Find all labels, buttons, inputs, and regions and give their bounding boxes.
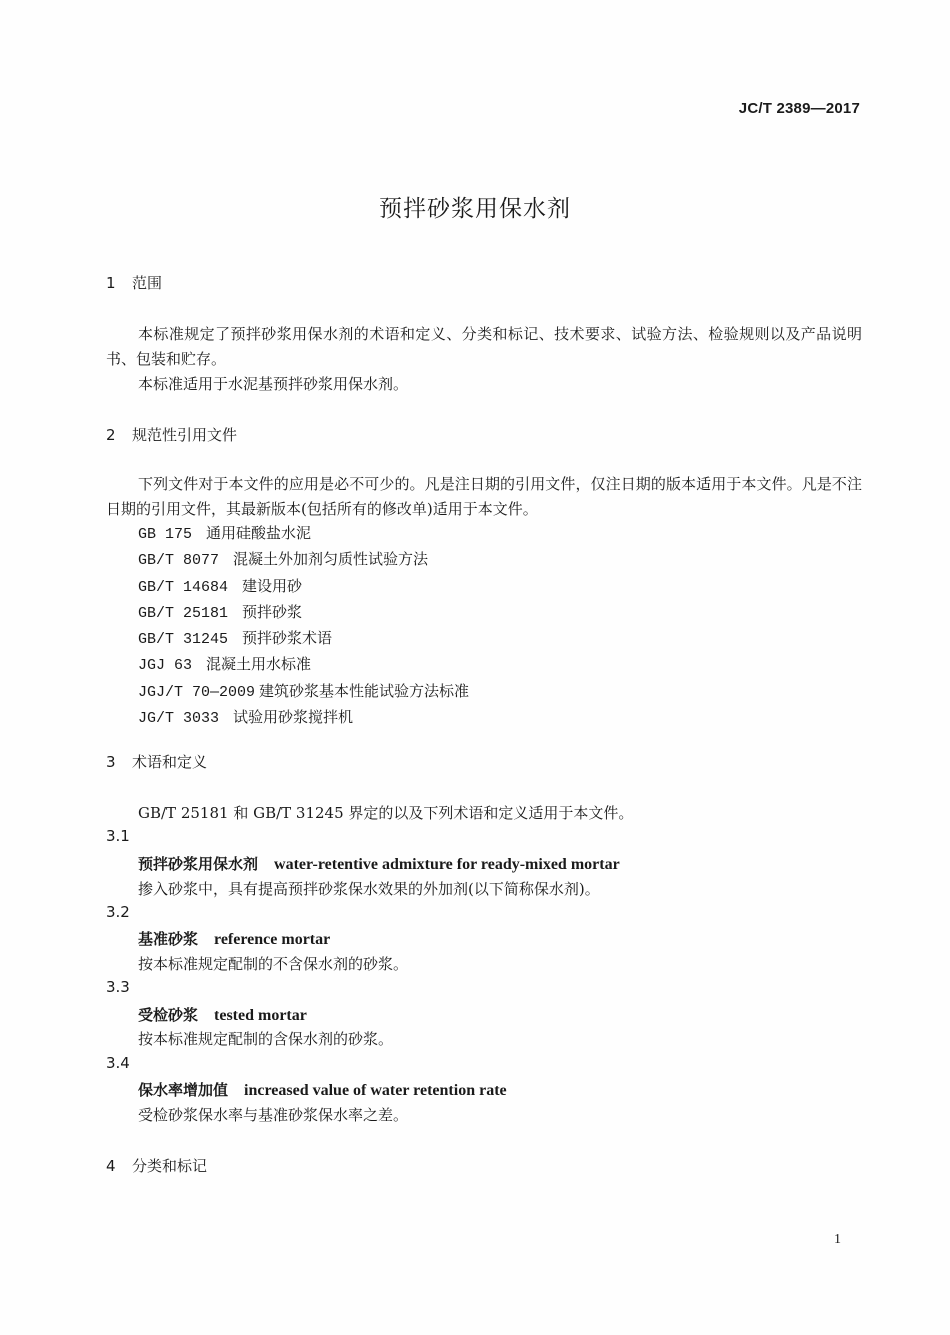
reference-code: GB/T 31245 [138,627,228,652]
section-title: 范围 [132,274,162,292]
term-chinese: 预拌砂浆用保水剂 [138,855,258,873]
term-heading: 基准砂浆reference mortar [138,928,330,949]
term-heading: 保水率增加值increased value of water retention… [138,1079,507,1100]
reference-code: GB/T 25181 [138,601,228,626]
scope-paragraph-2: 本标准适用于水泥基预拌砂浆用保水剂。 [106,372,862,397]
term-chinese: 保水率增加值 [138,1081,228,1099]
term-english: tested mortar [214,1007,307,1024]
terms-intro: GB/T 25181 和 GB/T 31245 界定的以及下列术语和定义适用于本… [138,802,633,823]
section-title: 规范性引用文件 [132,426,237,444]
reference-name: 混凝土外加剂匀质性试验方法 [233,550,428,568]
reference-name: 通用硅酸盐水泥 [206,524,311,542]
reference-name: 试验用砂浆搅拌机 [233,708,353,726]
reference-name: 预拌砂浆 [242,603,302,621]
standard-code: JC/T 2389—2017 [739,100,860,117]
term-definition: 受检砂浆保水率与基准砂浆保水率之差。 [138,1104,408,1125]
page-number: 1 [834,1232,841,1248]
section-number: 3 [106,753,132,771]
reference-name: 建设用砂 [242,577,302,595]
term-chinese: 受检砂浆 [138,1006,198,1024]
document-title: 预拌砂浆用保水剂 [0,190,950,223]
term-chinese: 基准砂浆 [138,930,198,948]
section-number: 4 [106,1157,132,1175]
reference-code: GB/T 14684 [138,575,228,600]
reference-item: GB/T 14684建设用砂 [138,574,469,600]
section-title: 分类和标记 [132,1157,207,1175]
section-number: 2 [106,426,132,444]
normative-refs-paragraph: 下列文件对于本文件的应用是必不可少的。凡是注日期的引用文件，仅注日期的版本适用于… [106,472,862,522]
reference-code: JG/T 3033 [138,706,219,731]
term-number: 3.2 [106,903,130,921]
reference-item: JGJ 63混凝土用水标准 [138,652,469,678]
term-english: water-retentive admixture for ready-mixe… [274,856,620,873]
reference-code: GB/T 8077 [138,548,219,573]
term-english: increased value of water retention rate [244,1082,507,1099]
reference-item: JGJ/T 70—2009建筑砂浆基本性能试验方法标准 [138,679,469,705]
term-number: 3.3 [106,978,130,996]
section-3-heading: 3术语和定义 [106,751,207,772]
section-1-heading: 1范围 [106,272,162,293]
document-page: JC/T 2389—2017 预拌砂浆用保水剂 1范围 本标准规定了预拌砂浆用保… [0,0,950,1335]
section-2-heading: 2规范性引用文件 [106,424,237,445]
term-heading: 预拌砂浆用保水剂water-retentive admixture for re… [138,853,620,874]
term-definition: 按本标准规定配制的不含保水剂的砂浆。 [138,953,408,974]
reference-item: JG/T 3033试验用砂浆搅拌机 [138,705,469,731]
reference-item: GB/T 31245预拌砂浆术语 [138,626,469,652]
term-definition: 按本标准规定配制的含保水剂的砂浆。 [138,1028,393,1049]
reference-code: JGJ 63 [138,653,192,678]
section-number: 1 [106,274,132,292]
reference-list: GB 175通用硅酸盐水泥 GB/T 8077混凝土外加剂匀质性试验方法 GB/… [138,521,469,731]
term-heading: 受检砂浆tested mortar [138,1004,307,1025]
reference-name: 预拌砂浆术语 [242,629,332,647]
section-title: 术语和定义 [132,753,207,771]
reference-name: 混凝土用水标准 [206,655,311,673]
reference-item: GB/T 8077混凝土外加剂匀质性试验方法 [138,547,469,573]
term-number: 3.1 [106,827,130,845]
reference-item: GB/T 25181预拌砂浆 [138,600,469,626]
section-4-heading: 4分类和标记 [106,1155,207,1176]
reference-name: 建筑砂浆基本性能试验方法标准 [259,682,469,700]
reference-item: GB 175通用硅酸盐水泥 [138,521,469,547]
reference-code: GB 175 [138,522,192,547]
term-english: reference mortar [214,931,330,948]
scope-paragraph-1: 本标准规定了预拌砂浆用保水剂的术语和定义、分类和标记、技术要求、试验方法、检验规… [106,322,862,372]
reference-code: JGJ/T 70—2009 [138,680,255,705]
term-number: 3.4 [106,1054,130,1072]
term-definition: 掺入砂浆中，具有提高预拌砂浆保水效果的外加剂(以下简称保水剂)。 [138,878,600,899]
